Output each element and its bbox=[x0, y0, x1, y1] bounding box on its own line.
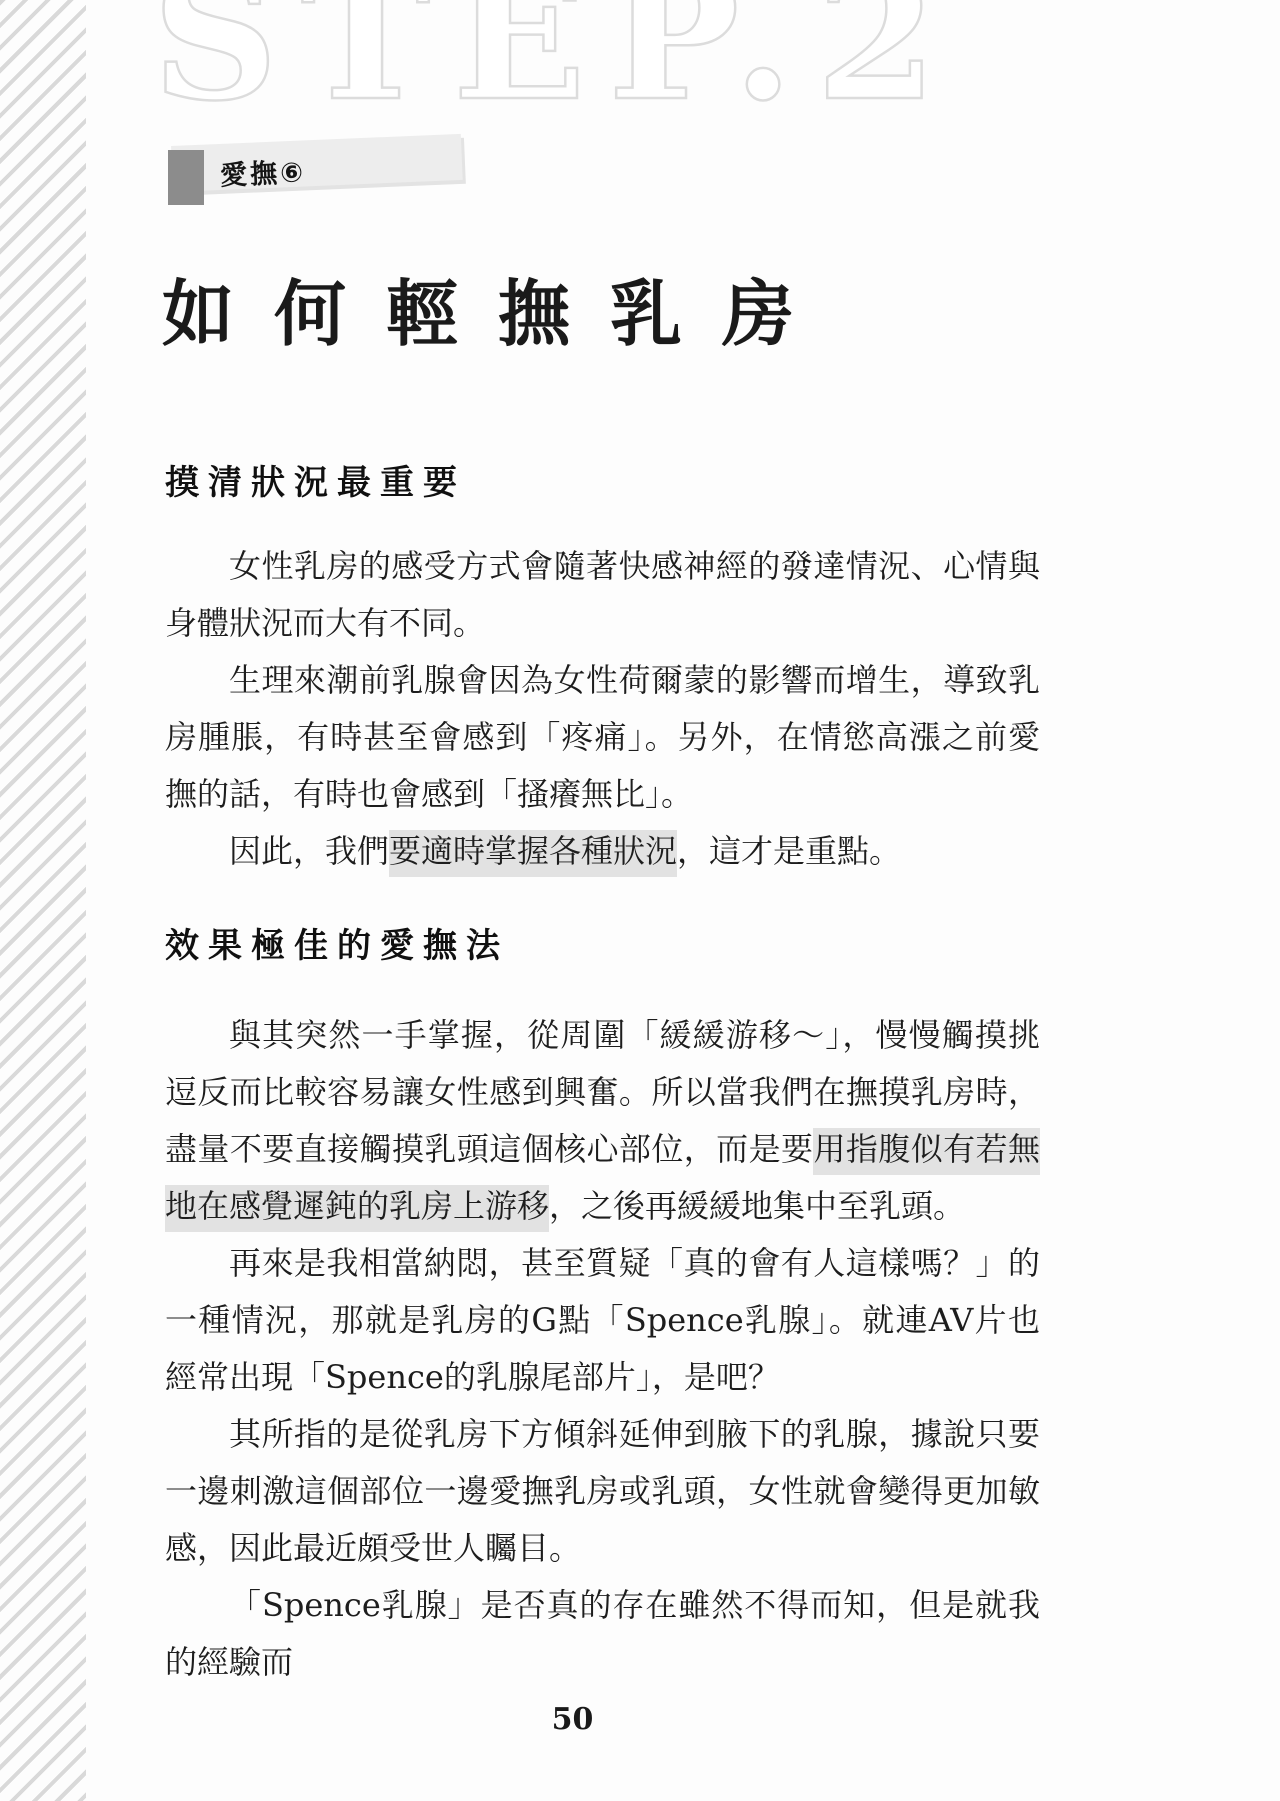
paragraph-group: 女性乳房的感受方式會隨著快感神經的發達情況、心情與身體狀況而大有不同。生理來潮前… bbox=[165, 538, 1040, 880]
text-run: ，這才是重點。 bbox=[677, 832, 901, 870]
text-run: 「Spence乳腺」是否真的存在雖然不得而知，但是就我的經驗而 bbox=[165, 1586, 1040, 1681]
page-content: 摸清狀況最重要 女性乳房的感受方式會隨著快感神經的發達情況、心情與身體狀況而大有… bbox=[165, 455, 1040, 1691]
content-section-2: 效果極佳的愛撫法 與其突然一手掌握，從周圍「緩緩游移～」，慢慢觸摸挑逗反而比較容… bbox=[165, 918, 1040, 1691]
text-run: 因此，我們 bbox=[229, 832, 389, 870]
step-watermark: STEP.2 bbox=[148, 0, 1168, 146]
text-run: 再來是我相當納悶，甚至質疑「真的會有人這樣嗎？」的一種情況，那就是乳房的G點「S… bbox=[165, 1244, 1040, 1396]
book-page: STEP.2 愛撫⑥ 如何輕撫乳房 摸清狀況最重要 女性乳房的感受方式會隨著快感… bbox=[0, 0, 1280, 1801]
step-watermark-text: STEP.2 bbox=[152, 0, 959, 140]
text-run: ，之後再緩緩地集中至乳頭。 bbox=[549, 1187, 965, 1225]
tag-marker bbox=[168, 150, 204, 205]
body-paragraph: 因此，我們要適時掌握各種狀況，這才是重點。 bbox=[165, 823, 1040, 880]
text-run: 女性乳房的感受方式會隨著快感神經的發達情況、心情與身體狀況而大有不同。 bbox=[165, 547, 1040, 642]
body-paragraph: 「Spence乳腺」是否真的存在雖然不得而知，但是就我的經驗而 bbox=[165, 1577, 1040, 1691]
page-number: 50 bbox=[165, 1702, 980, 1737]
body-paragraph: 生理來潮前乳腺會因為女性荷爾蒙的影響而增生，導致乳房腫脹，有時甚至會感到「疼痛」… bbox=[165, 652, 1040, 823]
body-paragraph: 女性乳房的感受方式會隨著快感神經的發達情況、心情與身體狀況而大有不同。 bbox=[165, 538, 1040, 652]
section-heading: 效果極佳的愛撫法 bbox=[165, 918, 1040, 967]
tag-label: 愛撫⑥ bbox=[219, 150, 306, 193]
body-paragraph: 再來是我相當納悶，甚至質疑「真的會有人這樣嗎？」的一種情況，那就是乳房的G點「S… bbox=[165, 1235, 1040, 1406]
body-paragraph: 與其突然一手掌握，從周圍「緩緩游移～」，慢慢觸摸挑逗反而比較容易讓女性感到興奮。… bbox=[165, 1007, 1040, 1235]
page-title: 如何輕撫乳房 bbox=[162, 256, 834, 360]
text-run: 其所指的是從乳房下方傾斜延伸到腋下的乳腺，據說只要一邊刺激這個部位一邊愛撫乳房或… bbox=[165, 1415, 1040, 1567]
tag-background bbox=[171, 134, 463, 192]
section-heading: 摸清狀況最重要 bbox=[165, 455, 1040, 504]
section-tag: 愛撫⑥ bbox=[166, 140, 476, 204]
body-paragraph: 其所指的是從乳房下方傾斜延伸到腋下的乳腺，據說只要一邊刺激這個部位一邊愛撫乳房或… bbox=[165, 1406, 1040, 1577]
content-section-1: 摸清狀況最重要 女性乳房的感受方式會隨著快感神經的發達情況、心情與身體狀況而大有… bbox=[165, 455, 1040, 880]
paragraph-group: 與其突然一手掌握，從周圍「緩緩游移～」，慢慢觸摸挑逗反而比較容易讓女性感到興奮。… bbox=[165, 1007, 1040, 1691]
text-run: 生理來潮前乳腺會因為女性荷爾蒙的影響而增生，導致乳房腫脹，有時甚至會感到「疼痛」… bbox=[165, 661, 1040, 813]
highlighted-phrase: 要適時掌握各種狀況 bbox=[389, 830, 677, 877]
left-stripe-decoration bbox=[0, 0, 86, 1801]
